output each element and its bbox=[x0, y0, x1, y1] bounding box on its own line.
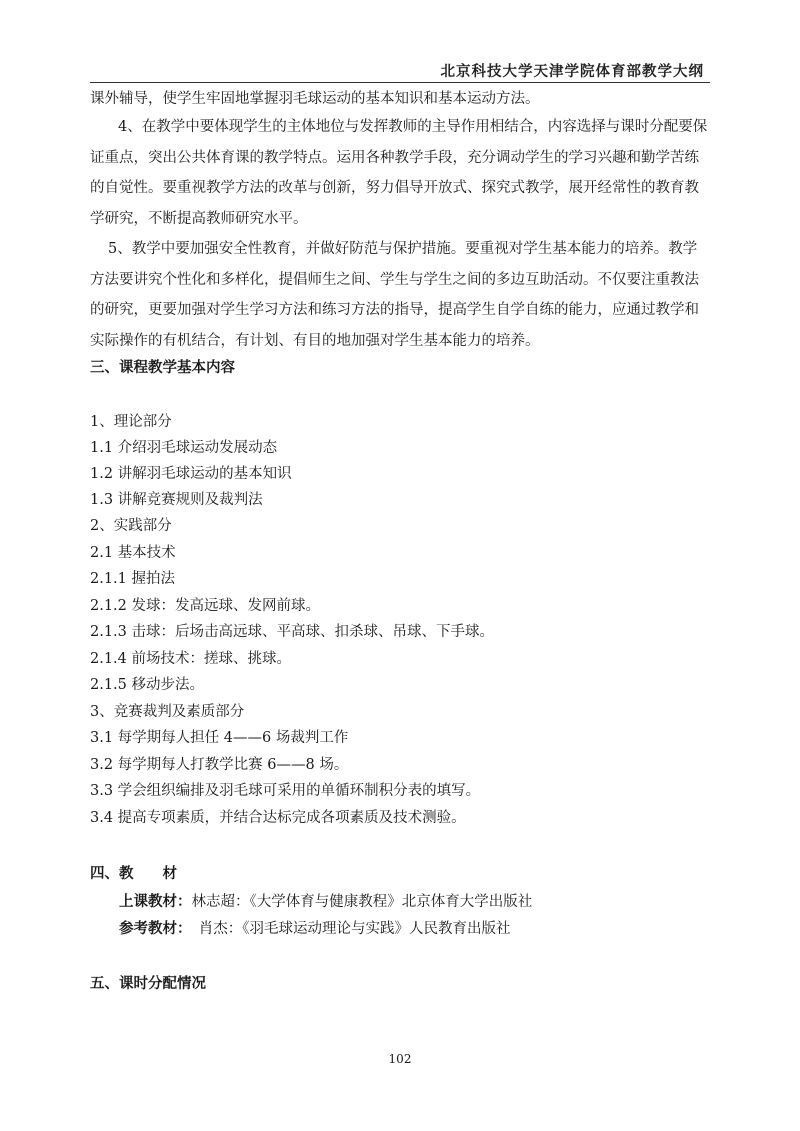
section-3-heading: 三、课程教学基本内容 bbox=[90, 356, 235, 377]
main-textbook-value: 林志超：《大学体育与健康教程》北京体育大学出版社 bbox=[192, 894, 533, 910]
list-item: 3.4 提高专项素质，并结合达标完成各项素质及技术测验。 bbox=[90, 808, 466, 828]
main-textbook: 上课教材：林志超：《大学体育与健康教程》北京体育大学出版社 bbox=[119, 890, 532, 911]
list-item: 2.1 基本技术 bbox=[90, 543, 176, 563]
page-number: 102 bbox=[0, 1052, 800, 1066]
list-item: 2.1.2 发球：发高远球、发网前球。 bbox=[90, 596, 320, 616]
list-item: 2.1.5 移动步法。 bbox=[90, 675, 204, 695]
reference-textbook-value: 肖杰：《羽毛球运动理论与实践》人民教育出版社 bbox=[184, 921, 510, 937]
list-item: 1.1 介绍羽毛球运动发展动态 bbox=[90, 438, 277, 458]
main-textbook-label: 上课教材： bbox=[119, 894, 192, 910]
list-item: 3、竞赛裁判及素质部分 bbox=[90, 702, 244, 722]
list-item: 3.3 学会组织编排及羽毛球可采用的单循环制积分表的填写。 bbox=[90, 781, 480, 801]
list-item: 1、理论部分 bbox=[90, 412, 172, 432]
reference-textbook-label: 参考教材： bbox=[119, 921, 184, 937]
paragraph-item-5: 5、教学中要加强安全性教育，并做好防范与保护措施。要重视对学生基本能力的培养。教… bbox=[90, 234, 710, 356]
paragraph-text: 5、教学中要加强安全性教育，并做好防范与保护措施。要重视对学生基本能力的培养。教… bbox=[90, 241, 699, 349]
section-4-heading: 四、教 材 bbox=[90, 862, 177, 883]
list-item: 1.3 讲解竞赛规则及裁判法 bbox=[90, 490, 263, 510]
paragraph-text: 4、在教学中要体现学生的主体地位与发挥教师的主导作用相结合，内容选择与课时分配要… bbox=[90, 119, 707, 227]
list-item: 2.1.1 握拍法 bbox=[90, 569, 175, 589]
paragraph-item-4: 4、在教学中要体现学生的主体地位与发挥教师的主导作用相结合，内容选择与课时分配要… bbox=[90, 112, 710, 234]
list-item: 3.1 每学期每人担任 4——6 场裁判工作 bbox=[90, 728, 348, 748]
list-item: 3.2 每学期每人打教学比赛 6——8 场。 bbox=[90, 755, 348, 775]
list-item: 1.2 讲解羽毛球运动的基本知识 bbox=[90, 464, 292, 484]
intro-line: 课外辅导，使学生牢固地掌握羽毛球运动的基本知识和基本运动方法。 bbox=[90, 89, 540, 109]
running-header: 北京科技大学天津学院体育部教学大纲 bbox=[90, 60, 710, 83]
list-item: 2.1.3 击球：后场击高远球、平高球、扣杀球、吊球、下手球。 bbox=[90, 622, 494, 642]
section-5-heading: 五、课时分配情况 bbox=[90, 972, 206, 993]
reference-textbook: 参考教材： 肖杰：《羽毛球运动理论与实践》人民教育出版社 bbox=[119, 917, 511, 938]
list-item: 2、实践部分 bbox=[90, 516, 172, 536]
header-title: 北京科技大学天津学院体育部教学大纲 bbox=[441, 60, 705, 81]
list-item: 2.1.4 前场技术：搓球、挑球。 bbox=[90, 649, 291, 669]
